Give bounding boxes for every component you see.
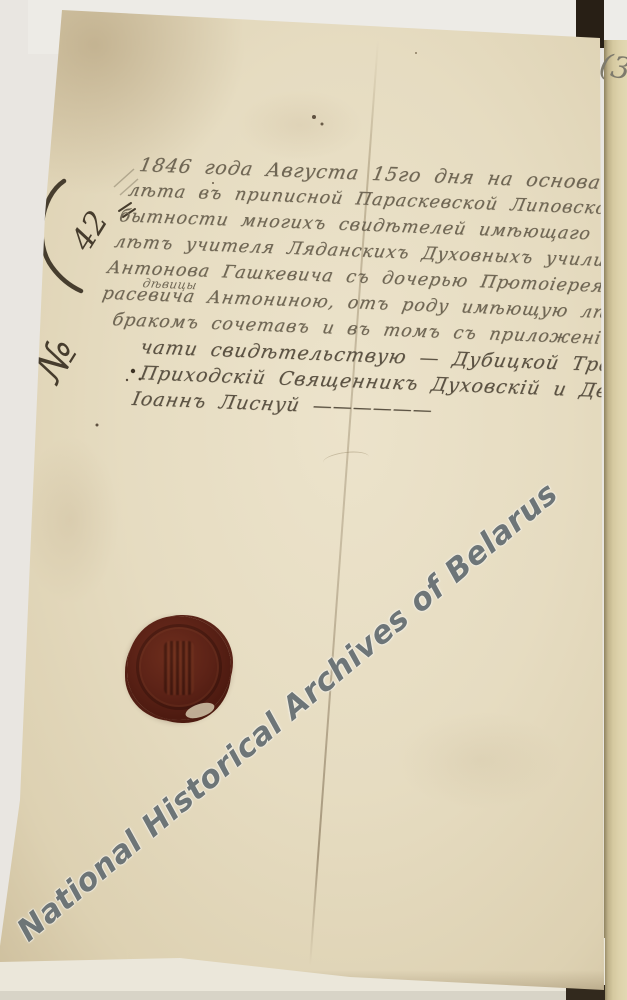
adjacent-page-top-edge	[604, 0, 627, 40]
manuscript-text-block: 1846 года Августа 15го дня на основанiи …	[76, 150, 627, 471]
wax-seal	[127, 616, 231, 720]
interline-insertion: дѣвицы	[142, 276, 199, 292]
wax-seal-emblem	[164, 641, 194, 695]
main-page: 42 № 1846 года Августа 15го дня на основ…	[0, 0, 627, 1000]
archive-scan-stage: (3 42 № 1846 года Августа 15го дня на ос…	[0, 0, 627, 1000]
foxing-specks	[0, 0, 2, 2]
adjacent-page	[604, 0, 627, 1000]
scan-bed-bottom-edge	[0, 991, 605, 1000]
